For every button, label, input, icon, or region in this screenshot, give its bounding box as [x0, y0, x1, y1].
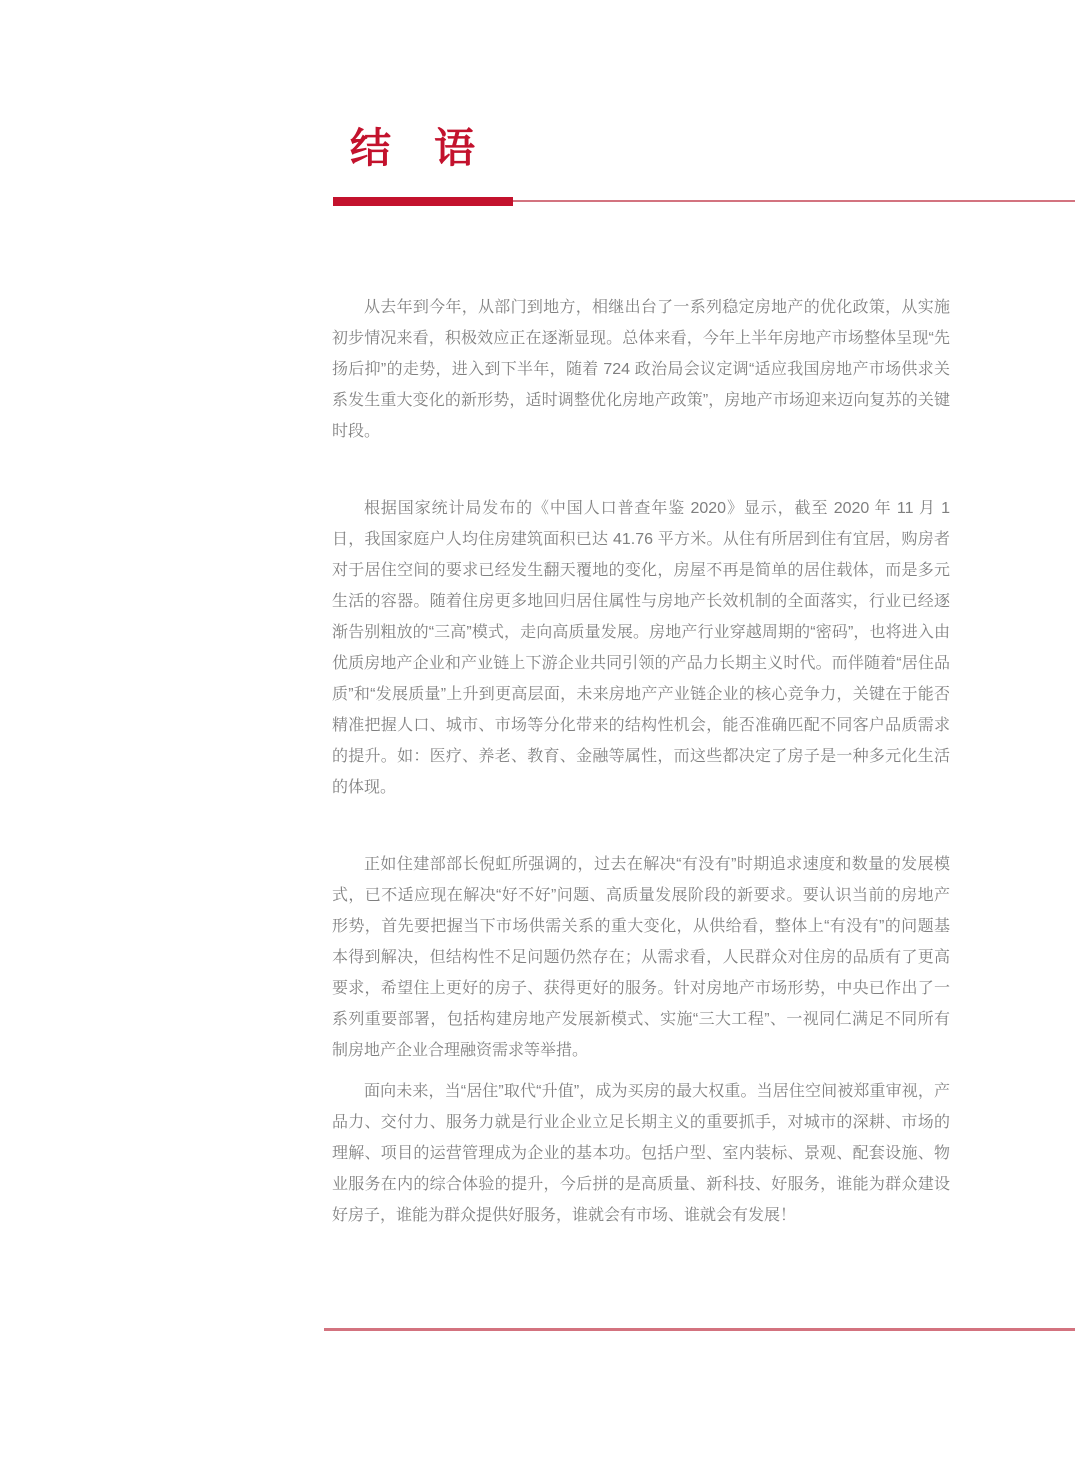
paragraph-1: 从去年到今年，从部门到地方，相继出台了一系列稳定房地产的优化政策，从实施初步情况… [332, 292, 950, 447]
paragraph-3: 正如住建部部长倪虹所强调的，过去在解决“有没有”时期追求速度和数量的发展模式，已… [332, 849, 950, 1066]
document-page: 结 语 从去年到今年，从部门到地方，相继出台了一系列稳定房地产的优化政策，从实施… [0, 0, 1075, 1459]
footer-divider [324, 1328, 1075, 1331]
paragraph-2: 根据国家统计局发布的《中国人口普查年鉴 2020》显示，截至 2020 年 11… [332, 493, 950, 803]
paragraph-4: 面向未来，当“居住”取代“升值”，成为买房的最大权重。当居住空间被郑重审视，产品… [332, 1076, 950, 1231]
title-divider-thin-segment [513, 200, 1075, 202]
page-title: 结 语 [350, 124, 476, 173]
body-text: 从去年到今年，从部门到地方，相继出台了一系列稳定房地产的优化政策，从实施初步情况… [332, 292, 950, 1231]
title-divider-thick-segment [333, 197, 513, 206]
title-divider [333, 196, 1075, 206]
